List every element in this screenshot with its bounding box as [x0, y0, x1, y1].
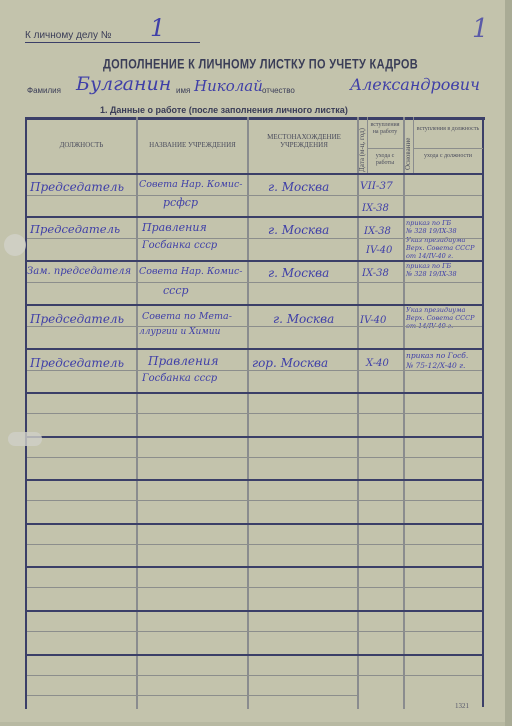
- section-title: 1. Данные о работе (после заполнения лич…: [100, 105, 348, 115]
- cell-position: Председатель: [30, 222, 120, 236]
- row-mid-rule: [27, 238, 482, 239]
- table-top-border: [25, 117, 485, 120]
- cell-basis-start-line1: приказ по ГБ: [406, 219, 451, 227]
- name-value: Николай: [194, 77, 263, 95]
- cell-location: г. Москва: [268, 223, 329, 237]
- cell-basis-start-line2: № 75-12/X-40 г.: [406, 361, 465, 370]
- cell-location: гор. Москва: [252, 356, 328, 370]
- col-header-date-end: ухода с работы: [368, 153, 402, 167]
- cell-basis-start-line1: приказ по ГБ: [406, 262, 451, 270]
- col-header-basis: Основание: [404, 128, 412, 170]
- table-right-border: [482, 117, 484, 707]
- row-mid-rule: [27, 326, 482, 327]
- patronymic-label: отчество: [262, 86, 295, 95]
- row-mid-rule: [27, 500, 482, 501]
- cell-location: г. Москва: [273, 312, 334, 326]
- row-rule: [25, 566, 484, 568]
- cell-date-start: IX-38: [362, 268, 389, 279]
- patronymic-value: Александрович: [350, 75, 480, 94]
- col-header-basis-start: вступления в должность: [415, 126, 481, 133]
- basis-subcol-sep: [413, 117, 414, 174]
- surname-value: Булганин: [76, 73, 171, 95]
- cell-date-start: X-40: [366, 358, 389, 369]
- row-mid-rule: [27, 370, 482, 371]
- cell-date-start: VII-37: [360, 180, 393, 192]
- cell-basis-start-line1: Указ президиума: [406, 306, 465, 314]
- basis-header-mid: [413, 148, 483, 149]
- cell-date-end: IV-40: [366, 245, 392, 256]
- row-rule: [25, 654, 484, 656]
- cell-basis-start-line2: Верх. Совета СССР: [406, 314, 475, 322]
- cell-date-end: IX-38: [362, 203, 389, 214]
- row-rule: [25, 216, 484, 218]
- row-rule: [25, 436, 484, 438]
- row-rule: [25, 479, 484, 481]
- col-header-institution: НАЗВАНИЕ УЧРЕЖДЕНИЯ: [138, 141, 247, 149]
- cell-date-start: IX-38: [364, 226, 391, 237]
- cell-basis-end-line2: Верх. Совета СССР: [406, 244, 475, 252]
- cell-date-start: IV-40: [360, 315, 386, 326]
- cell-position: Председатель: [30, 356, 124, 370]
- page-code: 1321: [455, 702, 469, 710]
- cell-location: г. Москва: [268, 180, 329, 194]
- file-number-underline: [25, 42, 200, 43]
- paper-stain: [4, 234, 26, 256]
- row-rule: [25, 610, 484, 612]
- cell-position: Председатель: [30, 180, 124, 194]
- row-mid-rule: [27, 195, 482, 196]
- file-number: 1: [150, 14, 165, 42]
- page-title: ДОПОЛНЕНИЕ К ЛИЧНОМУ ЛИСТКУ ПО УЧЕТУ КАД…: [103, 57, 418, 72]
- header-bottom-rule: [25, 173, 484, 175]
- col-header-date-start: вступления на работу: [368, 122, 402, 136]
- row-mid-rule: [27, 695, 357, 696]
- cell-institution-line1: Совета по Мета-: [142, 311, 232, 322]
- cell-basis-start-line2: № 328 19/IX-38: [406, 227, 457, 235]
- paper-stain: [8, 432, 42, 446]
- row-mid-rule: [27, 587, 482, 588]
- cell-location: г. Москва: [268, 266, 329, 280]
- row-mid-rule: [27, 675, 482, 676]
- name-label: имя: [176, 86, 190, 95]
- cell-institution-line1: Совета Нар. Комис-: [139, 179, 243, 190]
- surname-label: Фамилия: [27, 86, 61, 95]
- document-page: К личному делу № 1 1 ДОПОЛНЕНИЕ К ЛИЧНОМ…: [0, 0, 505, 722]
- col-header-position: ДОЛЖНОСТЬ: [27, 141, 136, 149]
- col-header-location: МЕСТОНАХОЖДЕНИЕ УЧРЕЖДЕНИЯ: [262, 133, 346, 149]
- cell-institution-line1: Правления: [142, 221, 207, 234]
- row-mid-rule: [27, 413, 482, 414]
- row-rule: [25, 523, 484, 525]
- cell-basis-start-line2: № 328 19/IX-38: [406, 270, 457, 278]
- row-mid-rule: [27, 631, 482, 632]
- cell-institution-line2: Госбанка ссср: [142, 373, 217, 384]
- row-rule: [25, 392, 484, 394]
- row-mid-rule: [27, 282, 482, 283]
- col-header-date: Дата (м-ц, год): [358, 122, 366, 172]
- col-header-basis-end: ухода с должности: [415, 153, 481, 160]
- cell-institution-line1: Совета Нар. Комис-: [139, 266, 243, 277]
- date-header-mid: [367, 148, 403, 149]
- cell-institution-line2: рсфср: [163, 196, 198, 209]
- cell-institution-line2: ссср: [163, 284, 189, 297]
- cell-institution-line2: ллургии и Химии: [139, 327, 220, 337]
- row-mid-rule: [27, 457, 482, 458]
- sheet-number: 1: [472, 14, 489, 44]
- cell-position: Зам. председателя: [27, 266, 131, 277]
- row-mid-rule: [27, 544, 482, 545]
- cell-institution-line2: Госбанка ссср: [142, 240, 217, 251]
- file-label: К личному делу №: [25, 30, 112, 41]
- cell-institution-line1: Правления: [148, 354, 219, 368]
- row-rule: [25, 348, 484, 350]
- cell-basis-end-line3: от 14/IV-40 г.: [406, 252, 453, 260]
- cell-position: Председатель: [30, 312, 124, 326]
- cell-basis-start-line1: приказ по Госб.: [406, 351, 468, 360]
